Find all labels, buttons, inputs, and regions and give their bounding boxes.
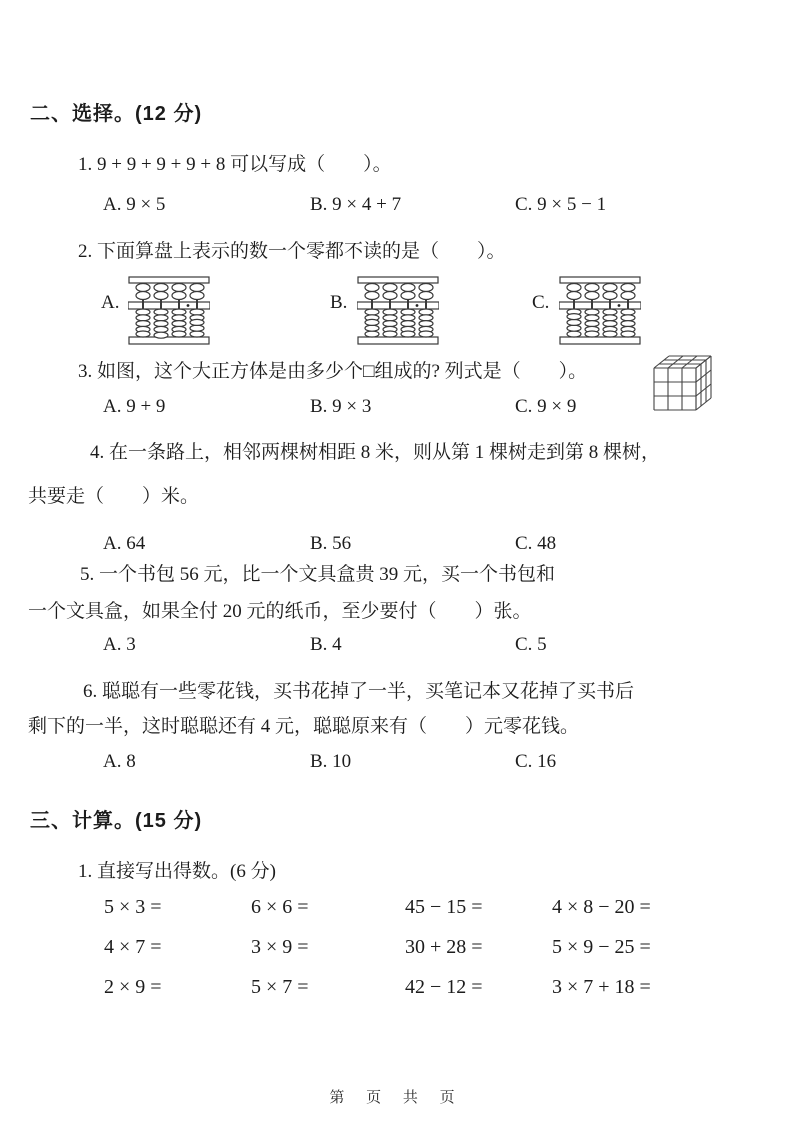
question-5-option-a: A. 3 [103, 634, 136, 656]
calc-problem: 30 + 28 = [405, 936, 483, 959]
calc-problem: 6 × 6 = [251, 896, 309, 919]
question-4-option-b: B. 56 [310, 533, 351, 555]
question-6-option-b: B. 10 [310, 751, 351, 773]
abacus-image-c [559, 275, 641, 345]
question-5-option-c: C. 5 [515, 634, 547, 656]
question-4-option-c: C. 48 [515, 533, 556, 555]
question-4-line1: 4. 在一条路上，相邻两棵树相距 8 米，则从第 1 棵树走到第 8 棵树， [90, 437, 660, 464]
calc-problem: 4 × 8 − 20 = [552, 896, 651, 919]
section-choice-title: 二、选择。(12 分) [30, 97, 202, 126]
calc-problem: 5 × 9 − 25 = [552, 936, 651, 959]
question-1-option-c: C. 9 × 5 − 1 [515, 194, 606, 216]
question-2-option-a-label: A. [101, 292, 119, 314]
calc-problem: 5 × 7 = [251, 976, 309, 999]
question-2-text: 2. 下面算盘上表示的数一个零都不读的是（ ）。 [78, 236, 506, 263]
question-4-option-a: A. 64 [103, 533, 145, 555]
calc-problem: 42 − 12 = [405, 976, 483, 999]
calc-problem: 5 × 3 = [104, 896, 162, 919]
question-1-option-b: B. 9 × 4 + 7 [310, 194, 401, 216]
question-5-option-b: B. 4 [310, 634, 342, 656]
section-calc-title: 三、计算。(15 分) [30, 804, 202, 833]
question-1-option-a: A. 9 × 5 [103, 194, 165, 216]
question-3-text: 3. 如图，这个大正方体是由多少个□组成的? 列式是（ ）。 [78, 356, 587, 383]
question-3-option-c: C. 9 × 9 [515, 396, 576, 418]
question-6-line1: 6. 聪聪有一些零花钱，买书花掉了一半，买笔记本又花掉了买书后 [83, 676, 634, 703]
abacus-image-b [357, 275, 439, 345]
question-4-line2: 共要走（ ）米。 [28, 481, 199, 508]
question-3-option-a: A. 9 + 9 [103, 396, 165, 418]
question-2-option-b-label: B. [330, 292, 347, 314]
question-5-line1: 5. 一个书包 56 元，比一个文具盒贵 39 元，买一个书包和 [80, 559, 555, 586]
question-3-option-b: B. 9 × 3 [310, 396, 371, 418]
question-2-option-c-label: C. [532, 292, 549, 314]
question-6-option-a: A. 8 [103, 751, 136, 773]
question-1-text: 1. 9 + 9 + 9 + 9 + 8 可以写成（ ）。 [78, 149, 392, 176]
abacus-image-a [128, 275, 210, 345]
question-5-line2: 一个文具盒，如果全付 20 元的纸币，至少要付（ ）张。 [28, 596, 532, 623]
calc-problem: 2 × 9 = [104, 976, 162, 999]
question-6-line2: 剩下的一半，这时聪聪还有 4 元，聪聪原来有（ ）元零花钱。 [28, 711, 579, 738]
cube-3x3-image [650, 352, 714, 414]
calc-problem: 3 × 7 + 18 = [552, 976, 651, 999]
question-6-option-c: C. 16 [515, 751, 556, 773]
worksheet-page: 二、选择。(12 分) 1. 9 + 9 + 9 + 9 + 8 可以写成（ ）… [0, 0, 793, 1122]
section-calc-subtitle: 1. 直接写出得数。(6 分) [78, 856, 276, 883]
calc-problem: 4 × 7 = [104, 936, 162, 959]
page-footer: 第 页 共 页 [0, 1086, 793, 1107]
calc-problem: 45 − 15 = [405, 896, 483, 919]
calc-problem: 3 × 9 = [251, 936, 309, 959]
